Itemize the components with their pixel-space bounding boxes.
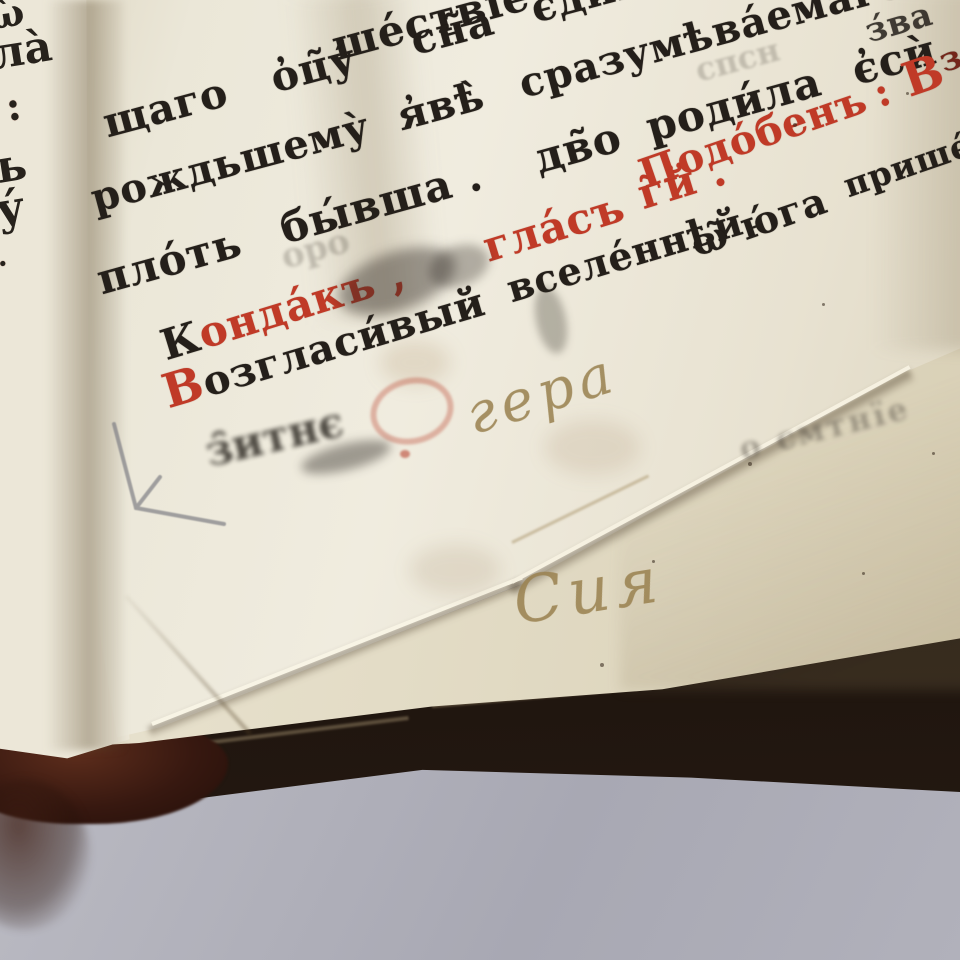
rubric-colon: : <box>867 67 897 117</box>
left-page-fragment: ла̀ <box>0 21 55 79</box>
ink-speck <box>862 572 865 575</box>
ink-speck <box>652 560 655 563</box>
ink-speck <box>822 303 825 306</box>
ink-speck <box>600 663 604 667</box>
paper-stain <box>545 420 640 475</box>
paper-stain <box>410 545 500 595</box>
ink-speck <box>748 462 752 466</box>
ink-speck <box>932 452 935 455</box>
ink-speck <box>793 123 797 127</box>
ink-speck <box>906 92 909 95</box>
red-fleck <box>400 450 410 458</box>
book-photo: ше́ствїе щагоо̓ц̃у́сн̃ає̓ди́на рождьшему… <box>0 0 960 960</box>
